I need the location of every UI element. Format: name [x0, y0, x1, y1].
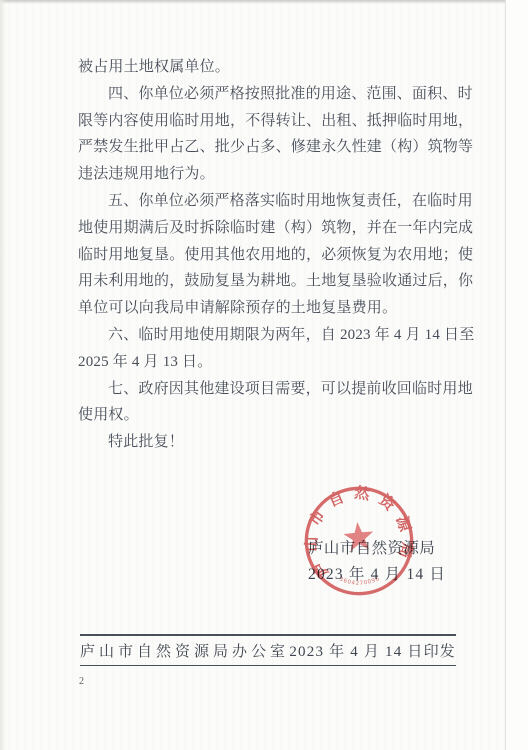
body-line: 特此批复！	[78, 429, 449, 456]
footer-row: 庐山市自然资源局办公室 2023 年 4 月 14 日印发	[80, 640, 456, 666]
footer-print-date: 2023 年 4 月 14 日印发	[289, 640, 456, 666]
body-line: 五、你单位必须严格落实临时用地恢复责任，在临时用	[78, 188, 449, 215]
body-line: 严禁发生批甲占乙、批少占多、修建永久性建（构）筑物等	[78, 134, 449, 161]
page-number: 2	[79, 676, 84, 687]
body-line: 单位可以向我局申请解除预存的土地复垦费用。	[78, 295, 449, 322]
body-line: 使用权。	[78, 402, 449, 429]
scan-edge-right	[505, 0, 506, 750]
document-body: 被占用土地权属单位。 四、你单位必须严格按照批准的用途、范围、面积、时 限等内容…	[78, 54, 449, 456]
scan-edge-left	[0, 0, 6, 750]
body-line: 限等内容使用临时用地，不得转让、出租、抵押临时用地，	[78, 108, 449, 135]
seal-serial-text: 3604270096	[338, 573, 381, 589]
scan-edge-right-paper	[506, 0, 528, 750]
svg-text:3604270096: 3604270096	[338, 573, 381, 589]
body-line: 临时用地复垦。使用其他农用地的，必须恢复为农用地；使	[78, 242, 449, 269]
body-line: 七、政府因其他建设项目需要，可以提前收回临时用地	[78, 376, 449, 403]
footer-issuing-office: 庐山市自然资源局办公室	[80, 640, 289, 666]
document-page: 被占用土地权属单位。 四、你单位必须严格按照批准的用途、范围、面积、时 限等内容…	[0, 0, 528, 750]
body-line: 地使用期满后及时拆除临时建（构）筑物，并在一年内完成	[78, 215, 449, 242]
body-line: 用未利用地的，鼓励复垦为耕地。土地复垦验收通过后，你	[78, 268, 449, 295]
star-icon	[342, 521, 374, 552]
body-line: 2025 年 4 月 13 日。	[78, 349, 449, 376]
body-line: 违法违规用地行为。	[78, 161, 449, 188]
body-line: 六、临时用地使用期限为两年，自 2023 年 4 月 14 日至	[78, 322, 449, 349]
footer-top-rule	[80, 634, 456, 636]
body-line: 四、你单位必须严格按照批准的用途、范围、面积、时	[78, 81, 449, 108]
official-seal: 庐山市自然资源局 3604270096	[298, 480, 419, 601]
body-line: 被占用土地权属单位。	[78, 54, 449, 81]
scan-edge-top	[0, 0, 528, 4]
